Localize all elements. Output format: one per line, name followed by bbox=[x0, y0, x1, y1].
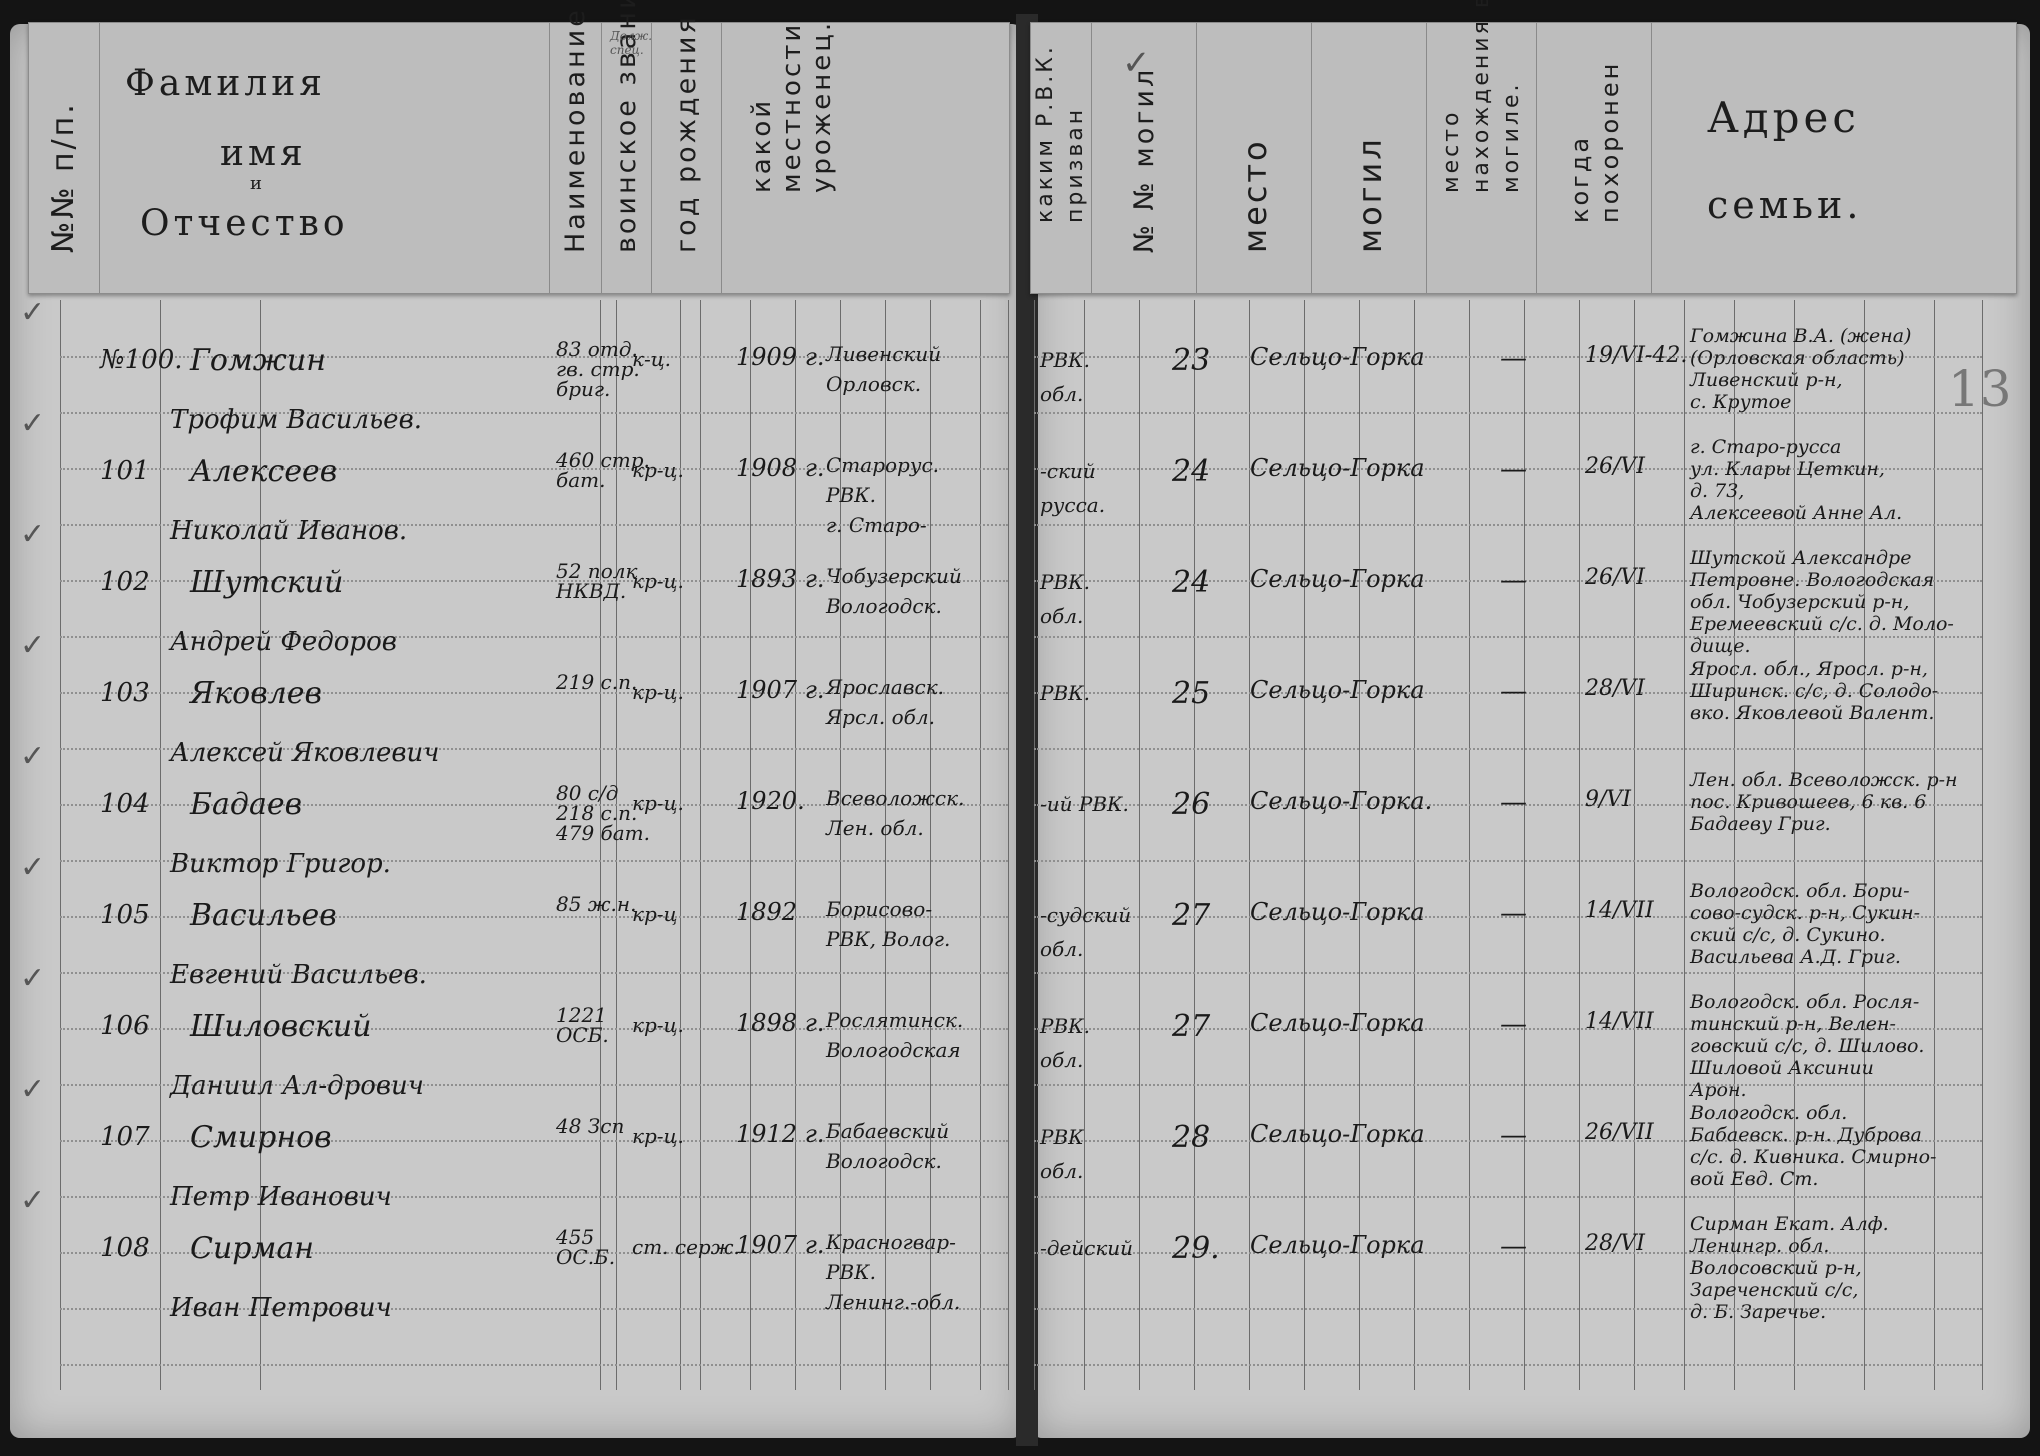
record-burial-date: 28/VI bbox=[1585, 676, 1645, 701]
record-birthplace: Всеволожск. Лен. обл. bbox=[826, 783, 964, 843]
record-cemetery: Сельцо-Горка. bbox=[1250, 787, 1432, 815]
record-surname: Смирнов bbox=[190, 1120, 332, 1155]
record-grave-number: 28 bbox=[1172, 1120, 1210, 1155]
record-surname: Бадаев bbox=[190, 787, 302, 822]
record-number: №100. bbox=[100, 345, 183, 375]
header-rvk: каким Р.В.К. призван bbox=[1031, 23, 1091, 293]
record-cemetery: Сельцо-Горка bbox=[1250, 565, 1425, 593]
record-birthplace: Красногвар- РВК. Ленинг.-обл. bbox=[826, 1227, 960, 1317]
record-birth-year: 1909 г. bbox=[736, 343, 824, 371]
record-given-names: Трофим Васильев. bbox=[170, 405, 422, 435]
header-birthplace-label: какой местности уроженец. bbox=[747, 0, 837, 193]
record-rank: кр-ц. bbox=[632, 1124, 684, 1148]
header-birth-year: год рождения bbox=[651, 23, 722, 293]
record-grave-location: — bbox=[1500, 1231, 1527, 1262]
record-burial-date: 28/VI bbox=[1585, 1231, 1645, 1256]
header-unit: Наименование части. bbox=[549, 23, 602, 293]
table-row: ✓ 108 Сирман Иван Петрович 455 ОС.Б. ст.… bbox=[0, 1213, 2040, 1431]
record-surname: Шутский bbox=[190, 565, 343, 600]
record-birth-year: 1907 г. bbox=[736, 1231, 824, 1259]
record-birthplace: Борисово- РВК, Волог. bbox=[826, 894, 950, 954]
record-rvk: -ский русса. bbox=[1040, 454, 1105, 522]
record-birth-year: 1907 г. bbox=[736, 676, 824, 704]
record-number: 104 bbox=[100, 789, 150, 819]
record-grave-number: 23 bbox=[1172, 343, 1210, 378]
record-cemetery: Сельцо-Горка bbox=[1250, 454, 1425, 482]
tick-mark-icon: ✓ bbox=[20, 739, 45, 774]
record-family-address: г. Старо-русса ул. Клары Цеткин, д. 73, … bbox=[1690, 436, 1990, 524]
record-rvk: РВК. обл. bbox=[1040, 343, 1090, 411]
record-birth-year: 1908 г. bbox=[736, 454, 824, 482]
header-birthplace: какой местности уроженец. bbox=[721, 23, 1012, 293]
record-birth-year: 1898 г. bbox=[736, 1009, 824, 1037]
record-birthplace: Бабаевский Вологодск. bbox=[826, 1116, 949, 1176]
record-grave-location: — bbox=[1500, 343, 1527, 374]
record-given-names: Евгений Васильев. bbox=[170, 960, 427, 990]
record-birth-year: 1912 г. bbox=[736, 1120, 824, 1148]
record-birth-year: 1893 г. bbox=[736, 565, 824, 593]
record-given-names: Николай Иванов. bbox=[170, 516, 407, 546]
header-grave-place-2-label: могил bbox=[1355, 136, 1385, 253]
record-family-address: Шутской Александре Петровне. Вологодская… bbox=[1690, 547, 1990, 657]
record-birthplace: Чобузерский Вологодск. bbox=[826, 561, 962, 621]
record-rank: ст. серж. bbox=[632, 1235, 740, 1259]
record-burial-date: 14/VII bbox=[1585, 898, 1654, 923]
record-rvk: -судский обл. bbox=[1040, 898, 1131, 966]
record-cemetery: Сельцо-Горка bbox=[1250, 1009, 1425, 1037]
tick-mark-icon: ✓ bbox=[20, 406, 45, 441]
record-burial-date: 9/VI bbox=[1585, 787, 1631, 812]
record-given-names: Андрей Федоров bbox=[170, 627, 397, 657]
record-family-address: Лен. обл. Всеволожск. р-н пос. Кривошеев… bbox=[1690, 769, 1990, 835]
record-surname: Шиловский bbox=[190, 1009, 372, 1044]
record-number: 102 bbox=[100, 567, 150, 597]
record-burial-date: 14/VII bbox=[1585, 1009, 1654, 1034]
record-cemetery: Сельцо-Горка bbox=[1250, 676, 1425, 704]
record-given-names: Даниил Ал-дрович bbox=[170, 1071, 424, 1101]
header-rvk-label: каким Р.В.К. призван bbox=[1031, 0, 1091, 223]
header-name-line4: Отчество bbox=[140, 203, 349, 244]
record-rvk: РВК. bbox=[1040, 676, 1090, 710]
record-family-address: Вологодск. обл. Бабаевск. р-н. Дуброва с… bbox=[1690, 1102, 1990, 1190]
record-rvk: -ий РВК. bbox=[1040, 787, 1129, 821]
record-surname: Алексеев bbox=[190, 454, 337, 489]
right-header-flap: каким Р.В.К. призван № № могил ✓ место м… bbox=[1030, 22, 2017, 294]
record-rank: кр-ц. bbox=[632, 458, 684, 482]
record-rank: кр-ц. bbox=[632, 1013, 684, 1037]
record-number: 108 bbox=[100, 1233, 150, 1263]
record-family-address: Гомжина В.А. (жена) (Орловская область) … bbox=[1690, 325, 1990, 413]
record-burial-date: 19/VI-42. bbox=[1585, 343, 1687, 368]
tick-mark-icon: ✓ bbox=[20, 517, 45, 552]
record-surname: Гомжин bbox=[190, 343, 326, 378]
header-address-line2: семьи. bbox=[1707, 183, 1862, 227]
tick-mark-icon: ✓ bbox=[20, 1183, 45, 1218]
record-rank: кр-ц. bbox=[632, 791, 684, 815]
record-family-address: Вологодск. обл. Бори- сово-судск. р-н, С… bbox=[1690, 880, 1990, 968]
record-cemetery: Сельцо-Горка bbox=[1250, 1231, 1425, 1259]
tick-mark-icon: ✓ bbox=[20, 1072, 45, 1107]
record-given-names: Иван Петрович bbox=[170, 1293, 392, 1323]
header-name: Фамилия имя и Отчество bbox=[99, 23, 550, 293]
record-rank: кр-ц bbox=[632, 902, 677, 926]
header-grave-place-1: место bbox=[1196, 23, 1312, 293]
record-birthplace: Старорус. РВК. г. Старо- bbox=[826, 450, 939, 540]
record-unit: 1221 ОСБ. bbox=[556, 1005, 609, 1045]
tick-mark-icon: ✓ bbox=[20, 961, 45, 996]
record-grave-number: 25 bbox=[1172, 676, 1210, 711]
header-grave-location-label: место нахождения в могиле. bbox=[1437, 0, 1527, 193]
record-number: 107 bbox=[100, 1122, 150, 1152]
record-cemetery: Сельцо-Горка bbox=[1250, 898, 1425, 926]
record-birthplace: Ливенский Орловск. bbox=[826, 339, 941, 399]
record-burial-date: 26/VI bbox=[1585, 565, 1645, 590]
header-num-label: №№ п/п. bbox=[49, 101, 79, 253]
header-num: №№ п/п. bbox=[29, 23, 99, 293]
record-birthplace: Рослятинск. Вологодская bbox=[826, 1005, 963, 1065]
record-family-address: Сирман Екат. Алф. Ленингр. обл. Волосовс… bbox=[1690, 1213, 1990, 1323]
record-unit: 52 полк НКВД. bbox=[556, 561, 637, 601]
record-rank: к-ц. bbox=[632, 347, 671, 371]
record-rank: кр-ц. bbox=[632, 680, 684, 704]
header-name-line2: имя bbox=[220, 133, 307, 174]
header-burial-date-label: когда похоронен bbox=[1565, 3, 1625, 223]
record-given-names: Виктор Григор. bbox=[170, 849, 391, 879]
record-unit: 455 ОС.Б. bbox=[556, 1227, 615, 1267]
record-grave-number: 27 bbox=[1172, 898, 1210, 933]
header-name-line3: и bbox=[250, 173, 266, 194]
record-cemetery: Сельцо-Горка bbox=[1250, 343, 1425, 371]
record-number: 103 bbox=[100, 678, 150, 708]
record-unit: 83 отд. гв. стр. бриг. bbox=[556, 339, 640, 399]
record-rvk: РВК обл. bbox=[1040, 1120, 1084, 1188]
header-unit-label: Наименование части. bbox=[561, 0, 591, 253]
record-family-address: Вологодск. обл. Росля- тинский р-н, Веле… bbox=[1690, 991, 1990, 1101]
record-surname: Васильев bbox=[190, 898, 337, 933]
record-unit: 48 Зсп bbox=[556, 1116, 624, 1136]
record-surname: Сирман bbox=[190, 1231, 314, 1266]
tick-mark-icon: ✓ bbox=[20, 628, 45, 663]
header-grave-no: № № могил ✓ bbox=[1091, 23, 1197, 293]
record-unit: 219 с.п. bbox=[556, 672, 637, 692]
header-grave-place-1-label: место bbox=[1240, 138, 1270, 253]
header-grave-location: место нахождения в могиле. bbox=[1426, 23, 1537, 293]
tick-mark-icon: ✓ bbox=[20, 295, 45, 330]
header-birth-year-label: год рождения bbox=[672, 14, 702, 253]
header-grave-no-label: № № могил bbox=[1130, 67, 1160, 253]
record-given-names: Петр Иванович bbox=[170, 1182, 392, 1212]
record-burial-date: 26/VII bbox=[1585, 1120, 1654, 1145]
record-grave-location: — bbox=[1500, 565, 1527, 596]
check-mark-icon: ✓ bbox=[1122, 43, 1151, 83]
record-cemetery: Сельцо-Горка bbox=[1250, 1120, 1425, 1148]
record-grave-location: — bbox=[1500, 454, 1527, 485]
record-grave-location: — bbox=[1500, 787, 1527, 818]
record-rvk: РВК. обл. bbox=[1040, 565, 1090, 633]
record-grave-number: 29. bbox=[1172, 1231, 1220, 1266]
record-birth-year: 1892 bbox=[736, 898, 797, 926]
record-unit: 85 ж.н. bbox=[556, 894, 636, 914]
record-grave-number: 24 bbox=[1172, 565, 1210, 600]
record-birthplace: Ярославск. Ярсл. обл. bbox=[826, 672, 944, 732]
record-number: 101 bbox=[100, 456, 150, 486]
header-address-line1: Адрес bbox=[1707, 93, 1860, 142]
record-number: 105 bbox=[100, 900, 150, 930]
record-grave-number: 24 bbox=[1172, 454, 1210, 489]
record-rank: кр-ц. bbox=[632, 569, 684, 593]
record-number: 106 bbox=[100, 1011, 150, 1041]
record-family-address: Яросл. обл., Яросл. р-н, Ширинск. с/с, д… bbox=[1690, 658, 1990, 724]
left-header-flap: №№ п/п. Фамилия имя и Отчество Наименова… bbox=[28, 22, 1010, 294]
record-grave-number: 27 bbox=[1172, 1009, 1210, 1044]
header-grave-place-2: могил bbox=[1311, 23, 1427, 293]
header-burial-date: когда похоронен bbox=[1536, 23, 1652, 293]
record-grave-number: 26 bbox=[1172, 787, 1210, 822]
record-birth-year: 1920. bbox=[736, 787, 805, 815]
record-grave-location: — bbox=[1500, 676, 1527, 707]
record-grave-location: — bbox=[1500, 898, 1527, 929]
header-rank-note: Долж. спец. bbox=[610, 29, 652, 57]
header-rank: воинское звание Долж. спец. bbox=[601, 23, 652, 293]
record-grave-location: — bbox=[1500, 1009, 1527, 1040]
record-rvk: РВК. обл. bbox=[1040, 1009, 1090, 1077]
tick-mark-icon: ✓ bbox=[20, 850, 45, 885]
record-surname: Яковлев bbox=[190, 676, 322, 711]
header-name-line1: Фамилия bbox=[125, 63, 326, 104]
record-given-names: Алексей Яковлевич bbox=[170, 738, 439, 768]
record-grave-location: — bbox=[1500, 1120, 1527, 1151]
record-burial-date: 26/VI bbox=[1585, 454, 1645, 479]
record-rvk: -дейский bbox=[1040, 1231, 1133, 1265]
header-family-address: Адрес семьи. bbox=[1651, 23, 2017, 293]
